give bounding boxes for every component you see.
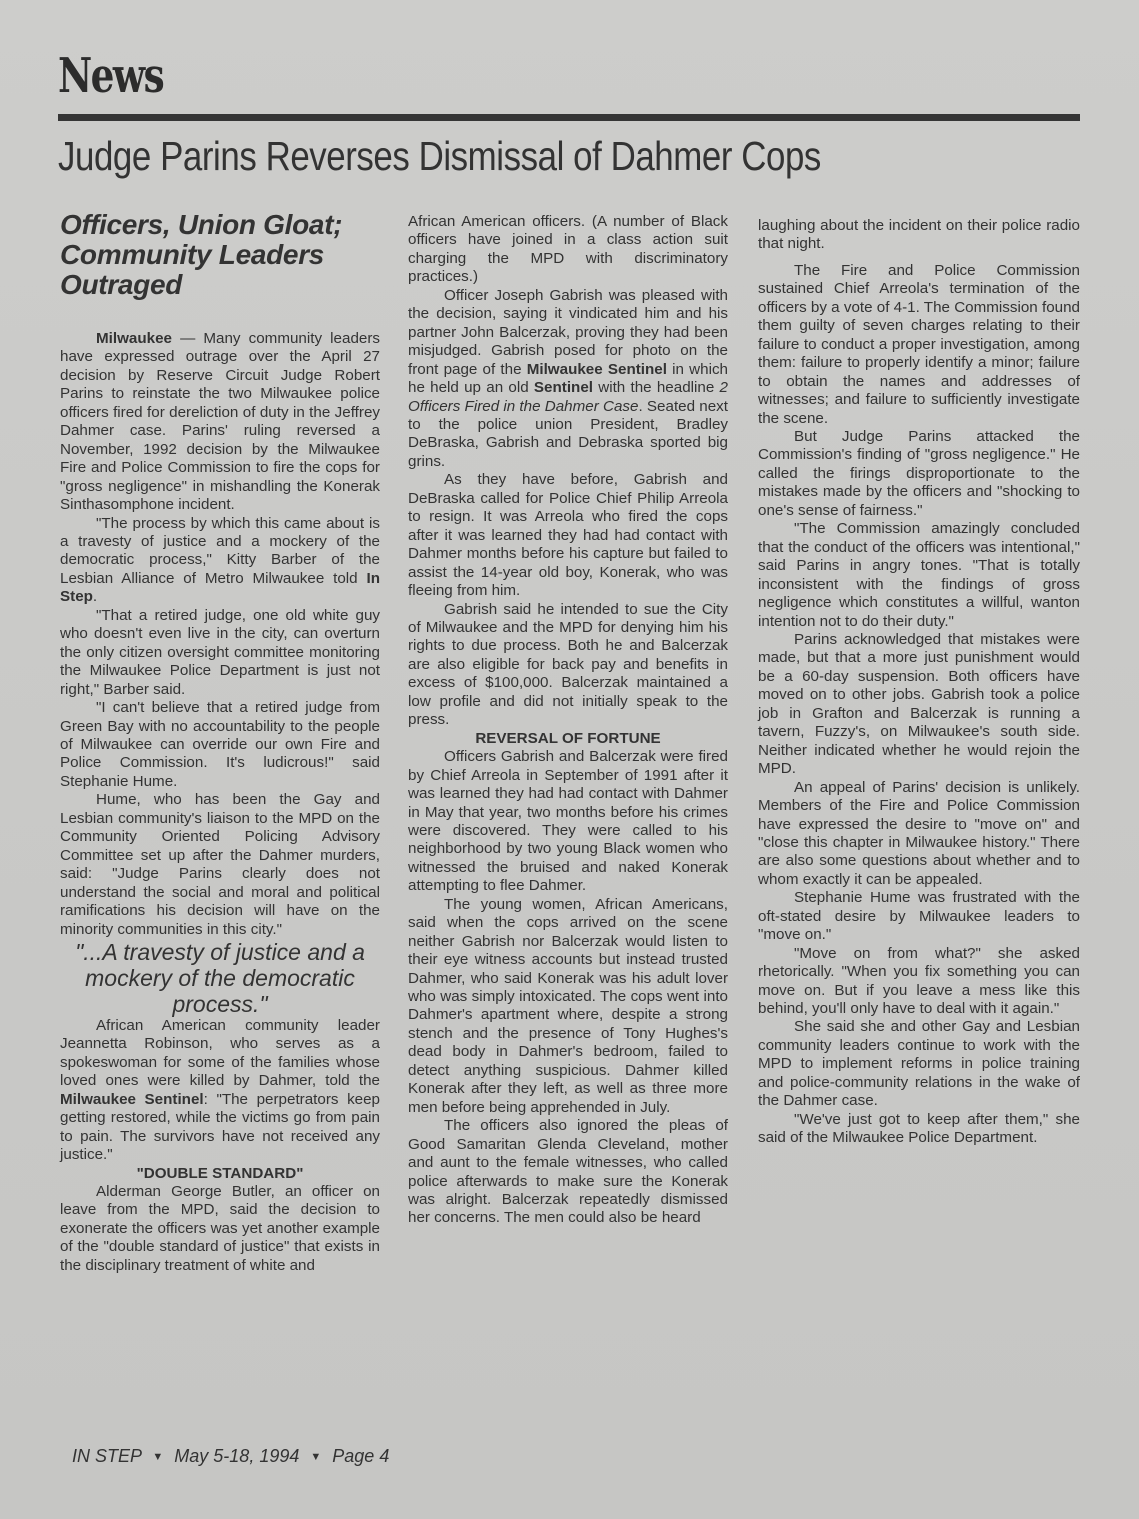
section-heading-double-standard: "DOUBLE STANDARD" (60, 1165, 380, 1183)
paragraph: The young women, African Americans, said… (408, 896, 728, 1117)
paragraph: She said she and other Gay and Lesbian c… (758, 1018, 1080, 1110)
paragraph: African American community leader Jeanne… (60, 1017, 380, 1165)
dateline: Milwaukee (96, 330, 172, 347)
footer-date: May 5-18, 1994 (174, 1446, 299, 1466)
paragraph: Stephanie Hume was frustrated with the o… (758, 889, 1080, 944)
paragraph: As they have before, Gabrish and DeBrask… (408, 471, 728, 600)
paragraph: Hume, who has been the Gay and Lesbian c… (60, 791, 380, 939)
paragraph: An appeal of Parins' decision is unlikel… (758, 779, 1080, 890)
footer-page-number: Page 4 (332, 1446, 389, 1466)
triangle-separator-icon: ▼ (152, 1451, 163, 1463)
paragraph: "Move on from what?" she asked rhetorica… (758, 945, 1080, 1019)
triangle-separator-icon: ▼ (310, 1451, 321, 1463)
publication-name: Milwaukee Sentinel (60, 1091, 204, 1108)
paragraph: The officers also ignored the pleas of G… (408, 1117, 728, 1228)
article-column-3: laughing about the incident on their pol… (758, 217, 1080, 1148)
article-subheadline: Officers, Union Gloat; Community Leaders… (60, 210, 380, 300)
paragraph: The Fire and Police Commission sustained… (758, 262, 1080, 428)
paragraph: "The Commission amazingly concluded that… (758, 520, 1080, 631)
article-column-2: African American officers. (A number of … (408, 213, 728, 1228)
paragraph: laughing about the incident on their pol… (758, 217, 1080, 254)
pull-quote: "...A travesty of justice and a mockery … (60, 939, 380, 1017)
paragraph: "That a retired judge, one old white guy… (60, 607, 380, 699)
paragraph: Officers Gabrish and Balcerzak were fire… (408, 748, 728, 896)
section-heading-reversal: REVERSAL OF FORTUNE (408, 730, 728, 748)
paragraph: "I can't believe that a retired judge fr… (60, 699, 380, 791)
newspaper-page: News Judge Parins Reverses Dismissal of … (0, 0, 1139, 1519)
paragraph: Gabrish said he intended to sue the City… (408, 601, 728, 730)
section-divider (58, 114, 1080, 121)
article-headline: Judge Parins Reverses Dismissal of Dahme… (58, 133, 821, 180)
footer-publication: IN STEP (72, 1446, 141, 1466)
paragraph: But Judge Parins attacked the Commission… (758, 428, 1080, 520)
paragraph: "We've just got to keep after them," she… (758, 1111, 1080, 1148)
paragraph: African American officers. (A number of … (408, 213, 728, 287)
paragraph: Alderman George Butler, an officer on le… (60, 1183, 380, 1275)
article-column-1: Officers, Union Gloat; Community Leaders… (60, 210, 380, 1275)
paragraph: Parins acknowledged that mistakes were m… (758, 631, 1080, 779)
paragraph: Milwaukee — Many community leaders have … (60, 330, 380, 515)
paragraph: Officer Joseph Gabrish was pleased with … (408, 287, 728, 472)
paragraph: "The process by which this came about is… (60, 515, 380, 607)
page-footer: IN STEP ▼ May 5-18, 1994 ▼ Page 4 (72, 1446, 389, 1467)
section-label: News (58, 48, 163, 104)
